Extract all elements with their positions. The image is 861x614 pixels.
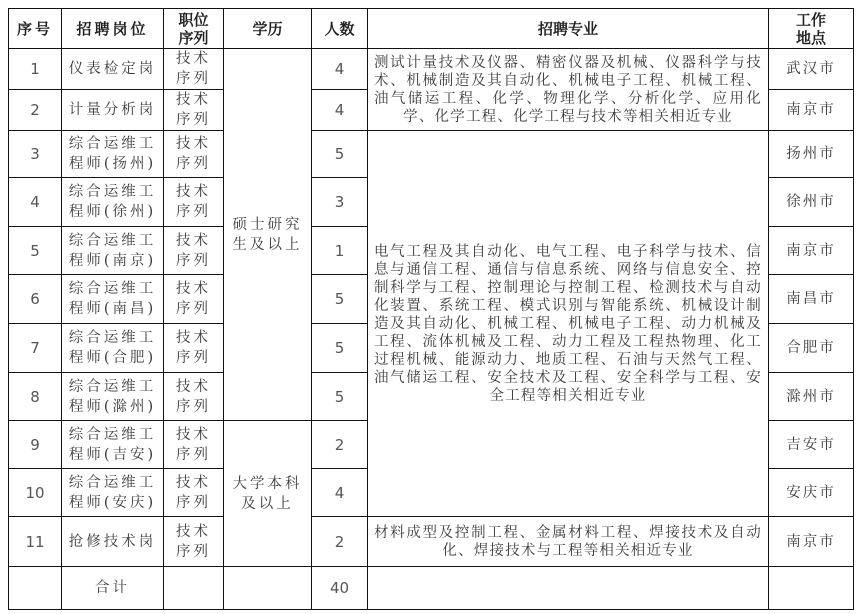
row-count: 2 bbox=[312, 517, 368, 567]
row-series: 技术序列 bbox=[164, 324, 224, 373]
row-count: 3 bbox=[312, 178, 368, 227]
total-label: 合计 bbox=[62, 567, 164, 610]
recruitment-table: 序号 招聘岗位 职位 序列 学历 人数 招聘专业 工作 地点 1 仪表检定岗 技… bbox=[8, 8, 854, 610]
row-location: 南昌市 bbox=[769, 275, 854, 324]
row-position: 综合运维工程师(扬州) bbox=[62, 131, 164, 178]
row-series: 技术序列 bbox=[164, 227, 224, 275]
education-master: 硕士研究生及以上 bbox=[224, 49, 312, 421]
row-series: 技术序列 bbox=[164, 49, 224, 90]
header-count: 人数 bbox=[312, 9, 368, 49]
row-count: 4 bbox=[312, 469, 368, 517]
row-position: 综合运维工程师(合肥) bbox=[62, 324, 164, 373]
header-location: 工作 地点 bbox=[769, 9, 854, 49]
row-series: 技术序列 bbox=[164, 275, 224, 324]
row-count: 5 bbox=[312, 131, 368, 178]
table-row: 11 抢修技术岗 技术序列 2 材料成型及控制工程、金属材料工程、焊接技术及自动… bbox=[9, 517, 854, 567]
row-position: 抢修技术岗 bbox=[62, 517, 164, 567]
row-count: 2 bbox=[312, 421, 368, 469]
total-count: 40 bbox=[312, 567, 368, 610]
row-location: 南京市 bbox=[769, 90, 854, 131]
row-count: 4 bbox=[312, 49, 368, 90]
row-series: 技术序列 bbox=[164, 373, 224, 421]
row-seq: 8 bbox=[9, 373, 62, 421]
row-seq: 5 bbox=[9, 227, 62, 275]
row-seq: 2 bbox=[9, 90, 62, 131]
table-row: 1 仪表检定岗 技术序列 硕士研究生及以上 4 测试计量技术及仪器、精密仪器及机… bbox=[9, 49, 854, 90]
row-series: 技术序列 bbox=[164, 131, 224, 178]
row-position: 综合运维工程师(徐州) bbox=[62, 178, 164, 227]
row-seq: 6 bbox=[9, 275, 62, 324]
major-group-3: 材料成型及控制工程、金属材料工程、焊接技术及自动化、焊接技术与工程等相关相近专业 bbox=[368, 517, 769, 567]
row-location: 武汉市 bbox=[769, 49, 854, 90]
row-count: 5 bbox=[312, 373, 368, 421]
row-count: 1 bbox=[312, 227, 368, 275]
row-location: 南京市 bbox=[769, 517, 854, 567]
row-series: 技术序列 bbox=[164, 421, 224, 469]
row-seq: 4 bbox=[9, 178, 62, 227]
row-seq: 1 bbox=[9, 49, 62, 90]
row-count: 5 bbox=[312, 324, 368, 373]
education-bachelor: 大学本科及以上 bbox=[224, 421, 312, 567]
total-location-empty bbox=[769, 567, 854, 610]
row-seq: 10 bbox=[9, 469, 62, 517]
row-seq: 9 bbox=[9, 421, 62, 469]
row-location: 吉安市 bbox=[769, 421, 854, 469]
total-major-empty bbox=[368, 567, 769, 610]
row-position: 仪表检定岗 bbox=[62, 49, 164, 90]
row-position: 综合运维工程师(南京) bbox=[62, 227, 164, 275]
row-position: 计量分析岗 bbox=[62, 90, 164, 131]
row-seq: 11 bbox=[9, 517, 62, 567]
row-series: 技术序列 bbox=[164, 517, 224, 567]
total-row: 合计 40 bbox=[9, 567, 854, 610]
row-position: 综合运维工程师(南昌) bbox=[62, 275, 164, 324]
total-series-empty bbox=[164, 567, 224, 610]
header-series: 职位 序列 bbox=[164, 9, 224, 49]
row-seq: 7 bbox=[9, 324, 62, 373]
major-group-1: 测试计量技术及仪器、精密仪器及机械、仪器科学与技术、机械制造及其自动化、机械电子… bbox=[368, 49, 769, 131]
row-position: 综合运维工程师(滁州) bbox=[62, 373, 164, 421]
row-count: 5 bbox=[312, 275, 368, 324]
total-education-empty bbox=[224, 567, 312, 610]
row-series: 技术序列 bbox=[164, 90, 224, 131]
row-location: 安庆市 bbox=[769, 469, 854, 517]
row-location: 扬州市 bbox=[769, 131, 854, 178]
header-seq: 序号 bbox=[9, 9, 62, 49]
major-group-2: 电气工程及其自动化、电气工程、电子科学与技术、信息与通信工程、通信与信息系统、网… bbox=[368, 131, 769, 517]
row-location: 南京市 bbox=[769, 227, 854, 275]
row-series: 技术序列 bbox=[164, 469, 224, 517]
row-location: 滁州市 bbox=[769, 373, 854, 421]
header-position: 招聘岗位 bbox=[62, 9, 164, 49]
table-row: 3 综合运维工程师(扬州) 技术序列 5 电气工程及其自动化、电气工程、电子科学… bbox=[9, 131, 854, 178]
row-position: 综合运维工程师(吉安) bbox=[62, 421, 164, 469]
header-major: 招聘专业 bbox=[368, 9, 769, 49]
header-education: 学历 bbox=[224, 9, 312, 49]
row-location: 合肥市 bbox=[769, 324, 854, 373]
header-row: 序号 招聘岗位 职位 序列 学历 人数 招聘专业 工作 地点 bbox=[9, 9, 854, 49]
row-position: 综合运维工程师(安庆) bbox=[62, 469, 164, 517]
row-location: 徐州市 bbox=[769, 178, 854, 227]
row-series: 技术序列 bbox=[164, 178, 224, 227]
row-count: 4 bbox=[312, 90, 368, 131]
row-seq: 3 bbox=[9, 131, 62, 178]
total-seq-empty bbox=[9, 567, 62, 610]
